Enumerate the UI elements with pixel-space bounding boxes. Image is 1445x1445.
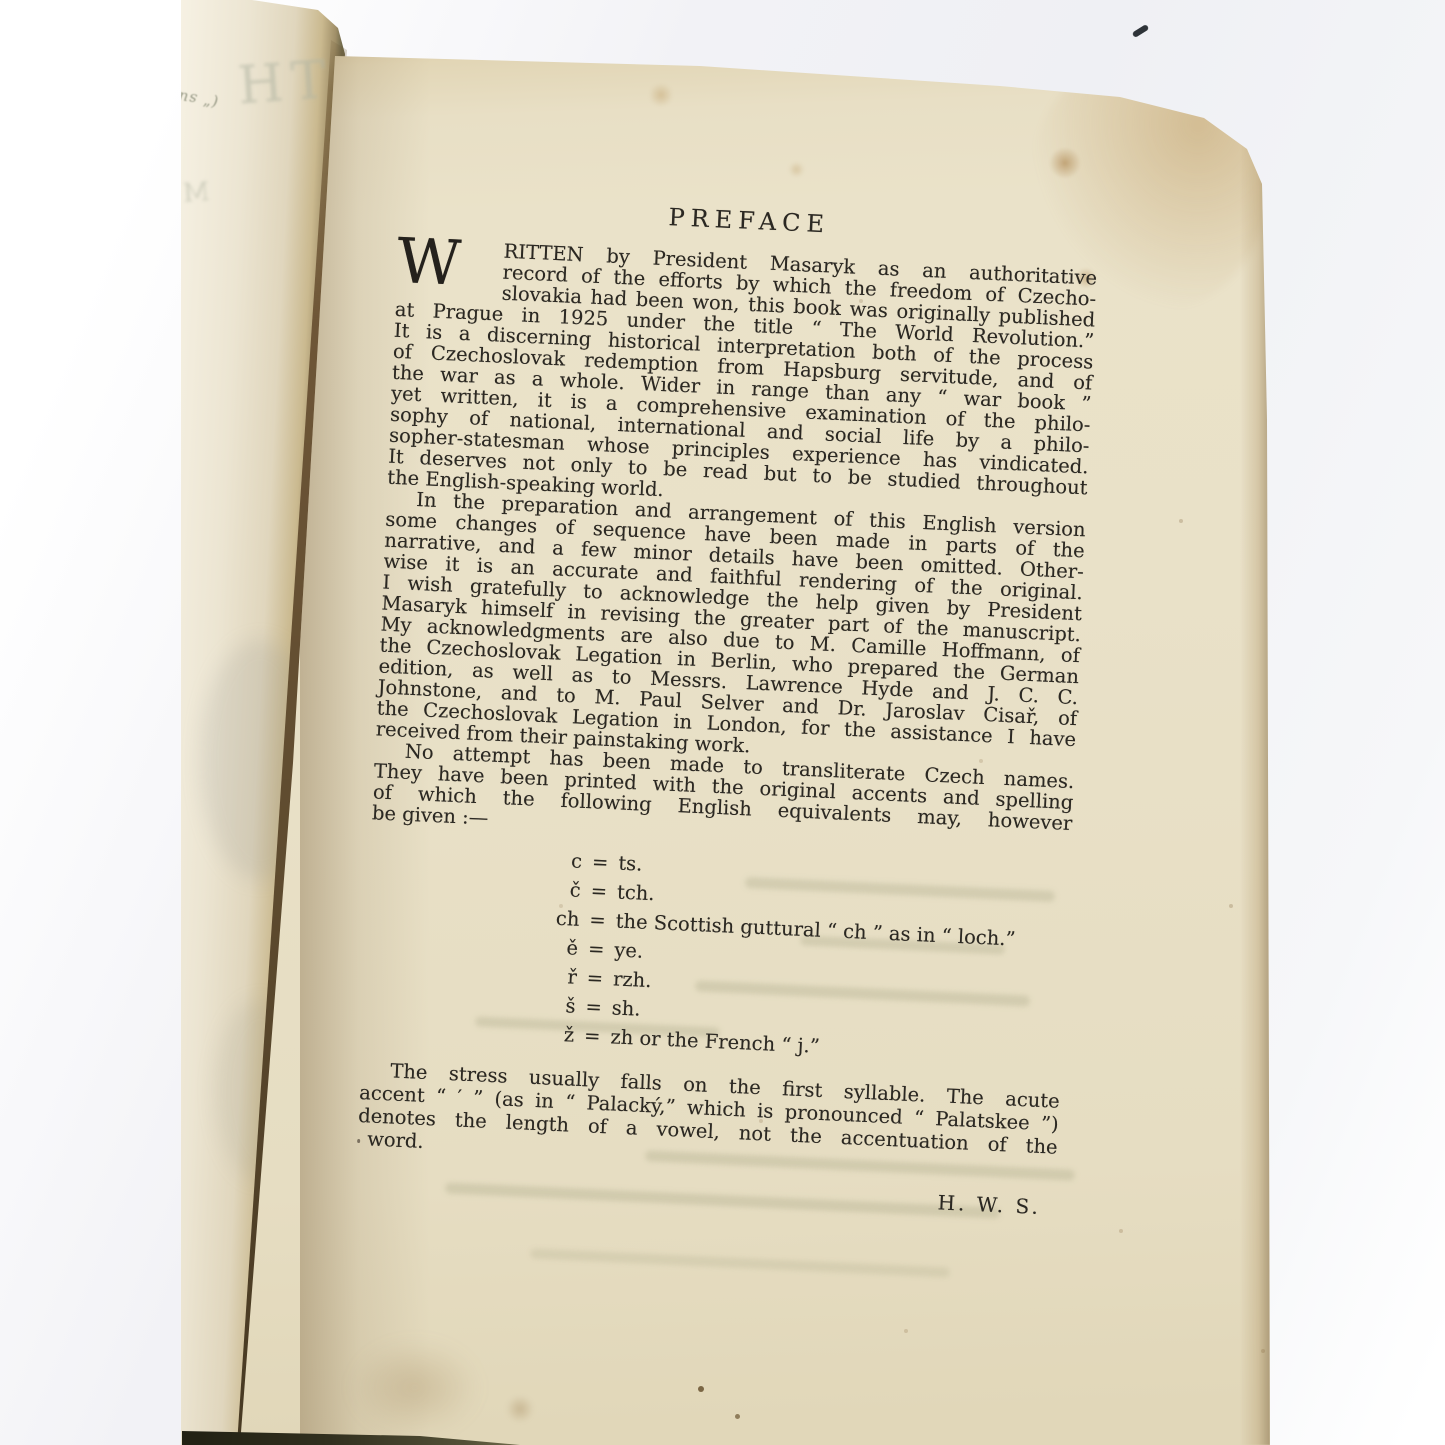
english-equivalent: ye. — [614, 935, 644, 965]
foxing-stain — [788, 162, 805, 177]
equals-sign: = — [581, 847, 619, 878]
ink-speck — [698, 1386, 704, 1392]
equals-sign: = — [577, 934, 615, 965]
czech-letter: ch — [547, 903, 580, 933]
english-equivalent: tch. — [616, 878, 655, 909]
english-equivalent: ts. — [618, 849, 643, 879]
dark-fleck — [1132, 24, 1150, 38]
show-through-mid-letter: M — [182, 177, 211, 209]
page-text: PREFACE W RITTEN by President Masaryk as… — [355, 190, 1100, 1220]
page-edge-rim — [1240, 120, 1270, 1445]
drop-cap: W — [396, 236, 504, 298]
equals-sign: = — [580, 876, 618, 907]
czech-letter: ž — [542, 1019, 575, 1049]
equals-sign: = — [579, 905, 617, 936]
czech-letter: c — [549, 845, 582, 875]
equals-sign: = — [574, 1021, 612, 1052]
paper-speckles — [0, 0, 2, 2]
czech-letter: ě — [545, 932, 578, 962]
czech-letter: č — [548, 874, 581, 904]
paragraph-1: W RITTEN by President Masaryk as an auth… — [387, 236, 1098, 519]
english-equivalent: rzh. — [612, 964, 652, 995]
ink-speck — [735, 1414, 740, 1419]
czech-letter: š — [543, 990, 576, 1020]
foxing-stain — [350, 1340, 480, 1435]
foxing-stain — [505, 1396, 535, 1422]
equals-sign: = — [576, 963, 614, 994]
paragraph-2: In the preparation and arrangement of th… — [375, 488, 1086, 771]
pronunciation-guide: c = ts. č = tch. ch = the Scottish guttu… — [542, 845, 1071, 1071]
stray-ink-mark — [357, 1139, 360, 1143]
paragraph-4: The stress usually falls on the first sy… — [357, 1058, 1060, 1182]
show-through-text-line — [530, 1248, 950, 1277]
book-photo-scene: TH (“ suc M PREFACE W RITTEN by Presiden… — [0, 0, 1445, 1445]
foxing-stain — [648, 84, 674, 106]
english-equivalent: sh. — [611, 993, 641, 1023]
equals-sign: = — [575, 992, 613, 1023]
text-line-word: word. — [367, 1127, 424, 1153]
foxing-stain — [1048, 148, 1082, 178]
czech-letter: ř — [544, 961, 577, 991]
